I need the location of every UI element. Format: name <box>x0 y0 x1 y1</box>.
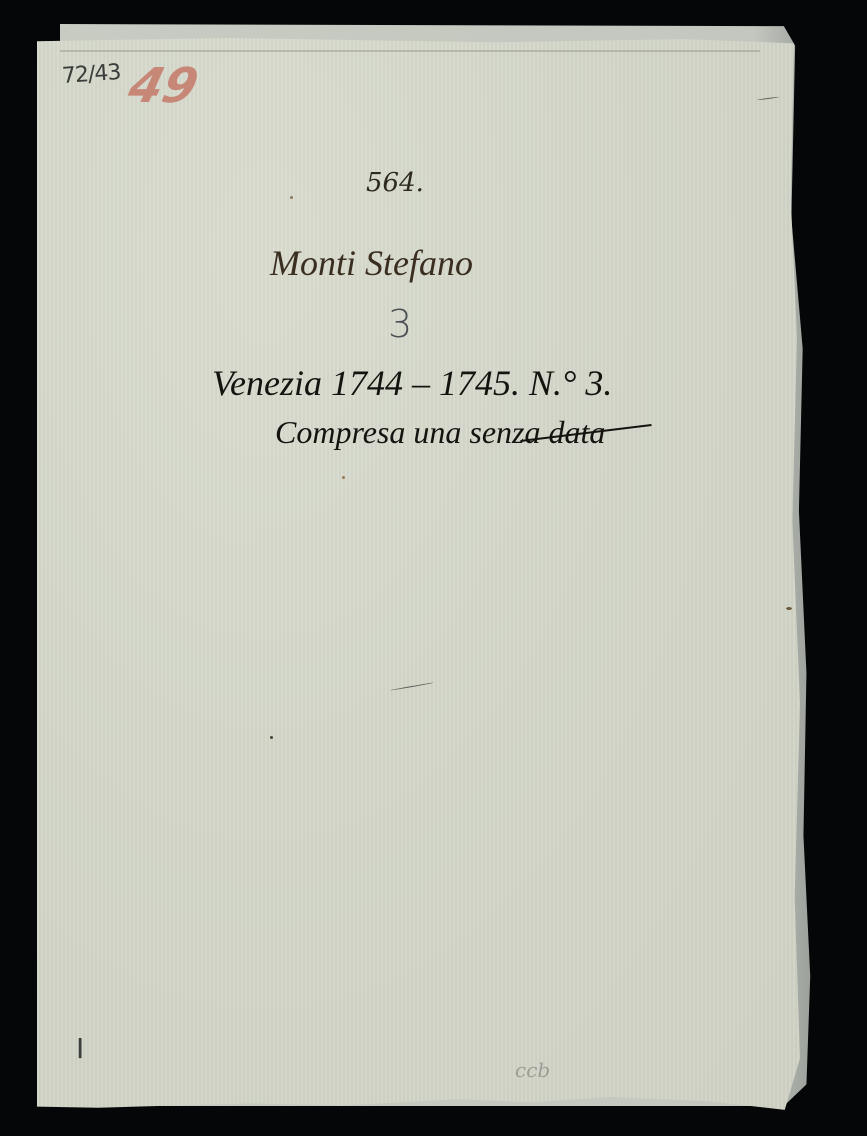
paper-speck <box>342 476 345 479</box>
content-note: Compresa una senza data <box>275 414 605 451</box>
item-number: 564. <box>366 168 424 198</box>
paper-speck <box>786 607 792 610</box>
bottom-corner-mark: I <box>76 1032 84 1065</box>
faint-pencil-mark: ccb <box>515 1058 550 1082</box>
top-fold-line <box>60 50 760 52</box>
correspondent-name: Monti Stefano <box>270 242 473 284</box>
volume-number: 3 <box>388 302 412 346</box>
place-and-dates: Venezia 1744 – 1745. N.° 3. <box>212 362 612 404</box>
shelfmark-annotation: 72/43 <box>61 60 121 89</box>
folder-cover-paper <box>37 38 800 1112</box>
red-pencil-number: 49 <box>123 58 204 114</box>
paper-speck <box>290 196 293 199</box>
paper-speck <box>270 736 273 739</box>
